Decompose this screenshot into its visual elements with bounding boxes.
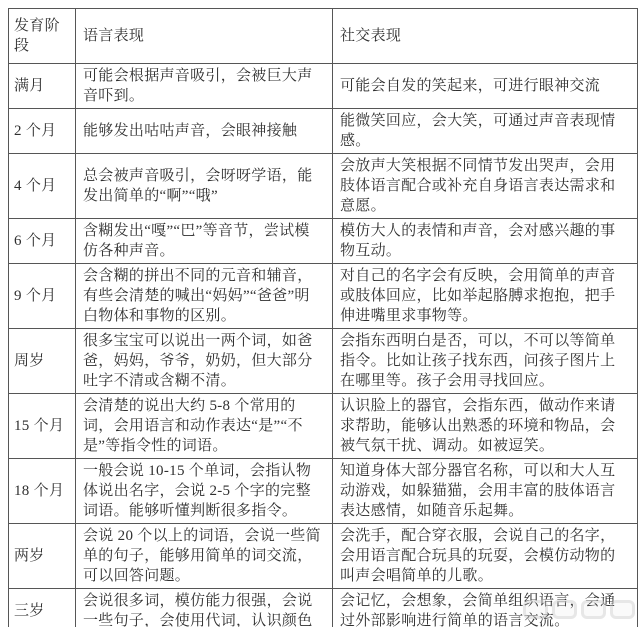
column-header-stage: 发育阶段 xyxy=(9,9,76,64)
cell-social: 会洗手，配合穿衣服，会说自己的名字，会用语言配合玩具的玩耍，会模仿动物的叫声会唱… xyxy=(333,524,638,589)
development-table: 发育阶段 语言表现 社交表现 满月可能会根据声音吸引，会被巨大声音吓到。可能会自… xyxy=(8,8,638,627)
column-header-social: 社交表现 xyxy=(333,9,638,64)
cell-stage: 15 个月 xyxy=(9,394,76,459)
table-row: 6 个月含糊发出“嘎”“巴”等音节，尝试模仿各种声音。模仿大人的表情和声音，会对… xyxy=(9,219,638,264)
cell-language: 能够发出咕咕声音，会眼神接触 xyxy=(76,109,333,154)
cell-stage: 周岁 xyxy=(9,329,76,394)
cell-social: 可能会自发的笑起来，可进行眼神交流 xyxy=(333,64,638,109)
cell-language: 含糊发出“嘎”“巴”等音节，尝试模仿各种声音。 xyxy=(76,219,333,264)
cell-stage: 满月 xyxy=(9,64,76,109)
cell-stage: 两岁 xyxy=(9,524,76,589)
cell-stage: 三岁 xyxy=(9,589,76,627)
cell-stage: 2 个月 xyxy=(9,109,76,154)
cell-stage: 18 个月 xyxy=(9,459,76,524)
milestone-table-image: 发育阶段 语言表现 社交表现 满月可能会根据声音吸引，会被巨大声音吓到。可能会自… xyxy=(0,0,640,627)
cell-social: 会指东西明白是否，可以，不可以等简单指令。比如让孩子找东西，问孩子图片上在哪里等… xyxy=(333,329,638,394)
cell-stage: 4 个月 xyxy=(9,154,76,219)
cell-social: 知道身体大部分器官名称，可以和大人互动游戏，如躲猫猫，会用丰富的肢体语言表达感情… xyxy=(333,459,638,524)
cell-social: 会放声大笑根据不同情节发出哭声，会用肢体语言配合或补充自身语言表达需求和意愿。 xyxy=(333,154,638,219)
cell-stage: 6 个月 xyxy=(9,219,76,264)
cell-social: 模仿大人的表情和声音，会对感兴趣的事物互动。 xyxy=(333,219,638,264)
cell-social: 会记忆，会想象，会简单组织语言，会通过外部影响进行简单的语言交流。 xyxy=(333,589,638,627)
cell-social: 认识脸上的器官，会指东西，做动作来请求帮助，能够认出熟悉的环境和物品，会被气氛干… xyxy=(333,394,638,459)
cell-language: 会含糊的拼出不同的元音和辅音，有些会清楚的喊出“妈妈”“爸爸”明白物体和事物的区… xyxy=(76,264,333,329)
column-header-language: 语言表现 xyxy=(76,9,333,64)
cell-language: 总会被声音吸引，会呀呀学语，能发出简单的“啊”“哦” xyxy=(76,154,333,219)
cell-language: 一般会说 10-15 个单词，会指认物体说出名字，会说 2-5 个字的完整词语。… xyxy=(76,459,333,524)
table-row: 两岁会说 20 个以上的词语，会说一些简单的句子，能够用简单的词交流，可以回答问… xyxy=(9,524,638,589)
table-row: 15 个月会清楚的说出大约 5-8 个常用的词，会用语言和动作表达“是”“不是”… xyxy=(9,394,638,459)
table-body: 满月可能会根据声音吸引，会被巨大声音吓到。可能会自发的笑起来，可进行眼神交流2 … xyxy=(9,64,638,627)
cell-social: 能微笑回应，会大笑，可通过声音表现情感。 xyxy=(333,109,638,154)
table-row: 三岁会说很多词，模仿能力很强，会说一些句子，会使用代词，认识颜色会记忆，会想象，… xyxy=(9,589,638,627)
header-row: 发育阶段 语言表现 社交表现 xyxy=(9,9,638,64)
table-row: 2 个月能够发出咕咕声音，会眼神接触能微笑回应，会大笑，可通过声音表现情感。 xyxy=(9,109,638,154)
cell-language: 会说很多词，模仿能力很强，会说一些句子，会使用代词，认识颜色 xyxy=(76,589,333,627)
cell-stage: 9 个月 xyxy=(9,264,76,329)
cell-social: 对自己的名字会有反映，会用简单的声音或肢体回应，比如举起胳膊求抱抱，把手伸进嘴里… xyxy=(333,264,638,329)
table-row: 4 个月总会被声音吸引，会呀呀学语，能发出简单的“啊”“哦”会放声大笑根据不同情… xyxy=(9,154,638,219)
table-row: 满月可能会根据声音吸引，会被巨大声音吓到。可能会自发的笑起来，可进行眼神交流 xyxy=(9,64,638,109)
cell-language: 很多宝宝可以说出一两个词，如爸爸，妈妈，爷爷，奶奶，但大部分吐字不清或含糊不清。 xyxy=(76,329,333,394)
cell-language: 会说 20 个以上的词语，会说一些简单的句子，能够用简单的词交流，可以回答问题。 xyxy=(76,524,333,589)
table-row: 周岁很多宝宝可以说出一两个词，如爸爸，妈妈，爷爷，奶奶，但大部分吐字不清或含糊不… xyxy=(9,329,638,394)
cell-language: 会清楚的说出大约 5-8 个常用的词，会用语言和动作表达“是”“不是”等指令性的… xyxy=(76,394,333,459)
table-row: 9 个月会含糊的拼出不同的元音和辅音，有些会清楚的喊出“妈妈”“爸爸”明白物体和… xyxy=(9,264,638,329)
cell-language: 可能会根据声音吸引，会被巨大声音吓到。 xyxy=(76,64,333,109)
table-row: 18 个月一般会说 10-15 个单词，会指认物体说出名字，会说 2-5 个字的… xyxy=(9,459,638,524)
